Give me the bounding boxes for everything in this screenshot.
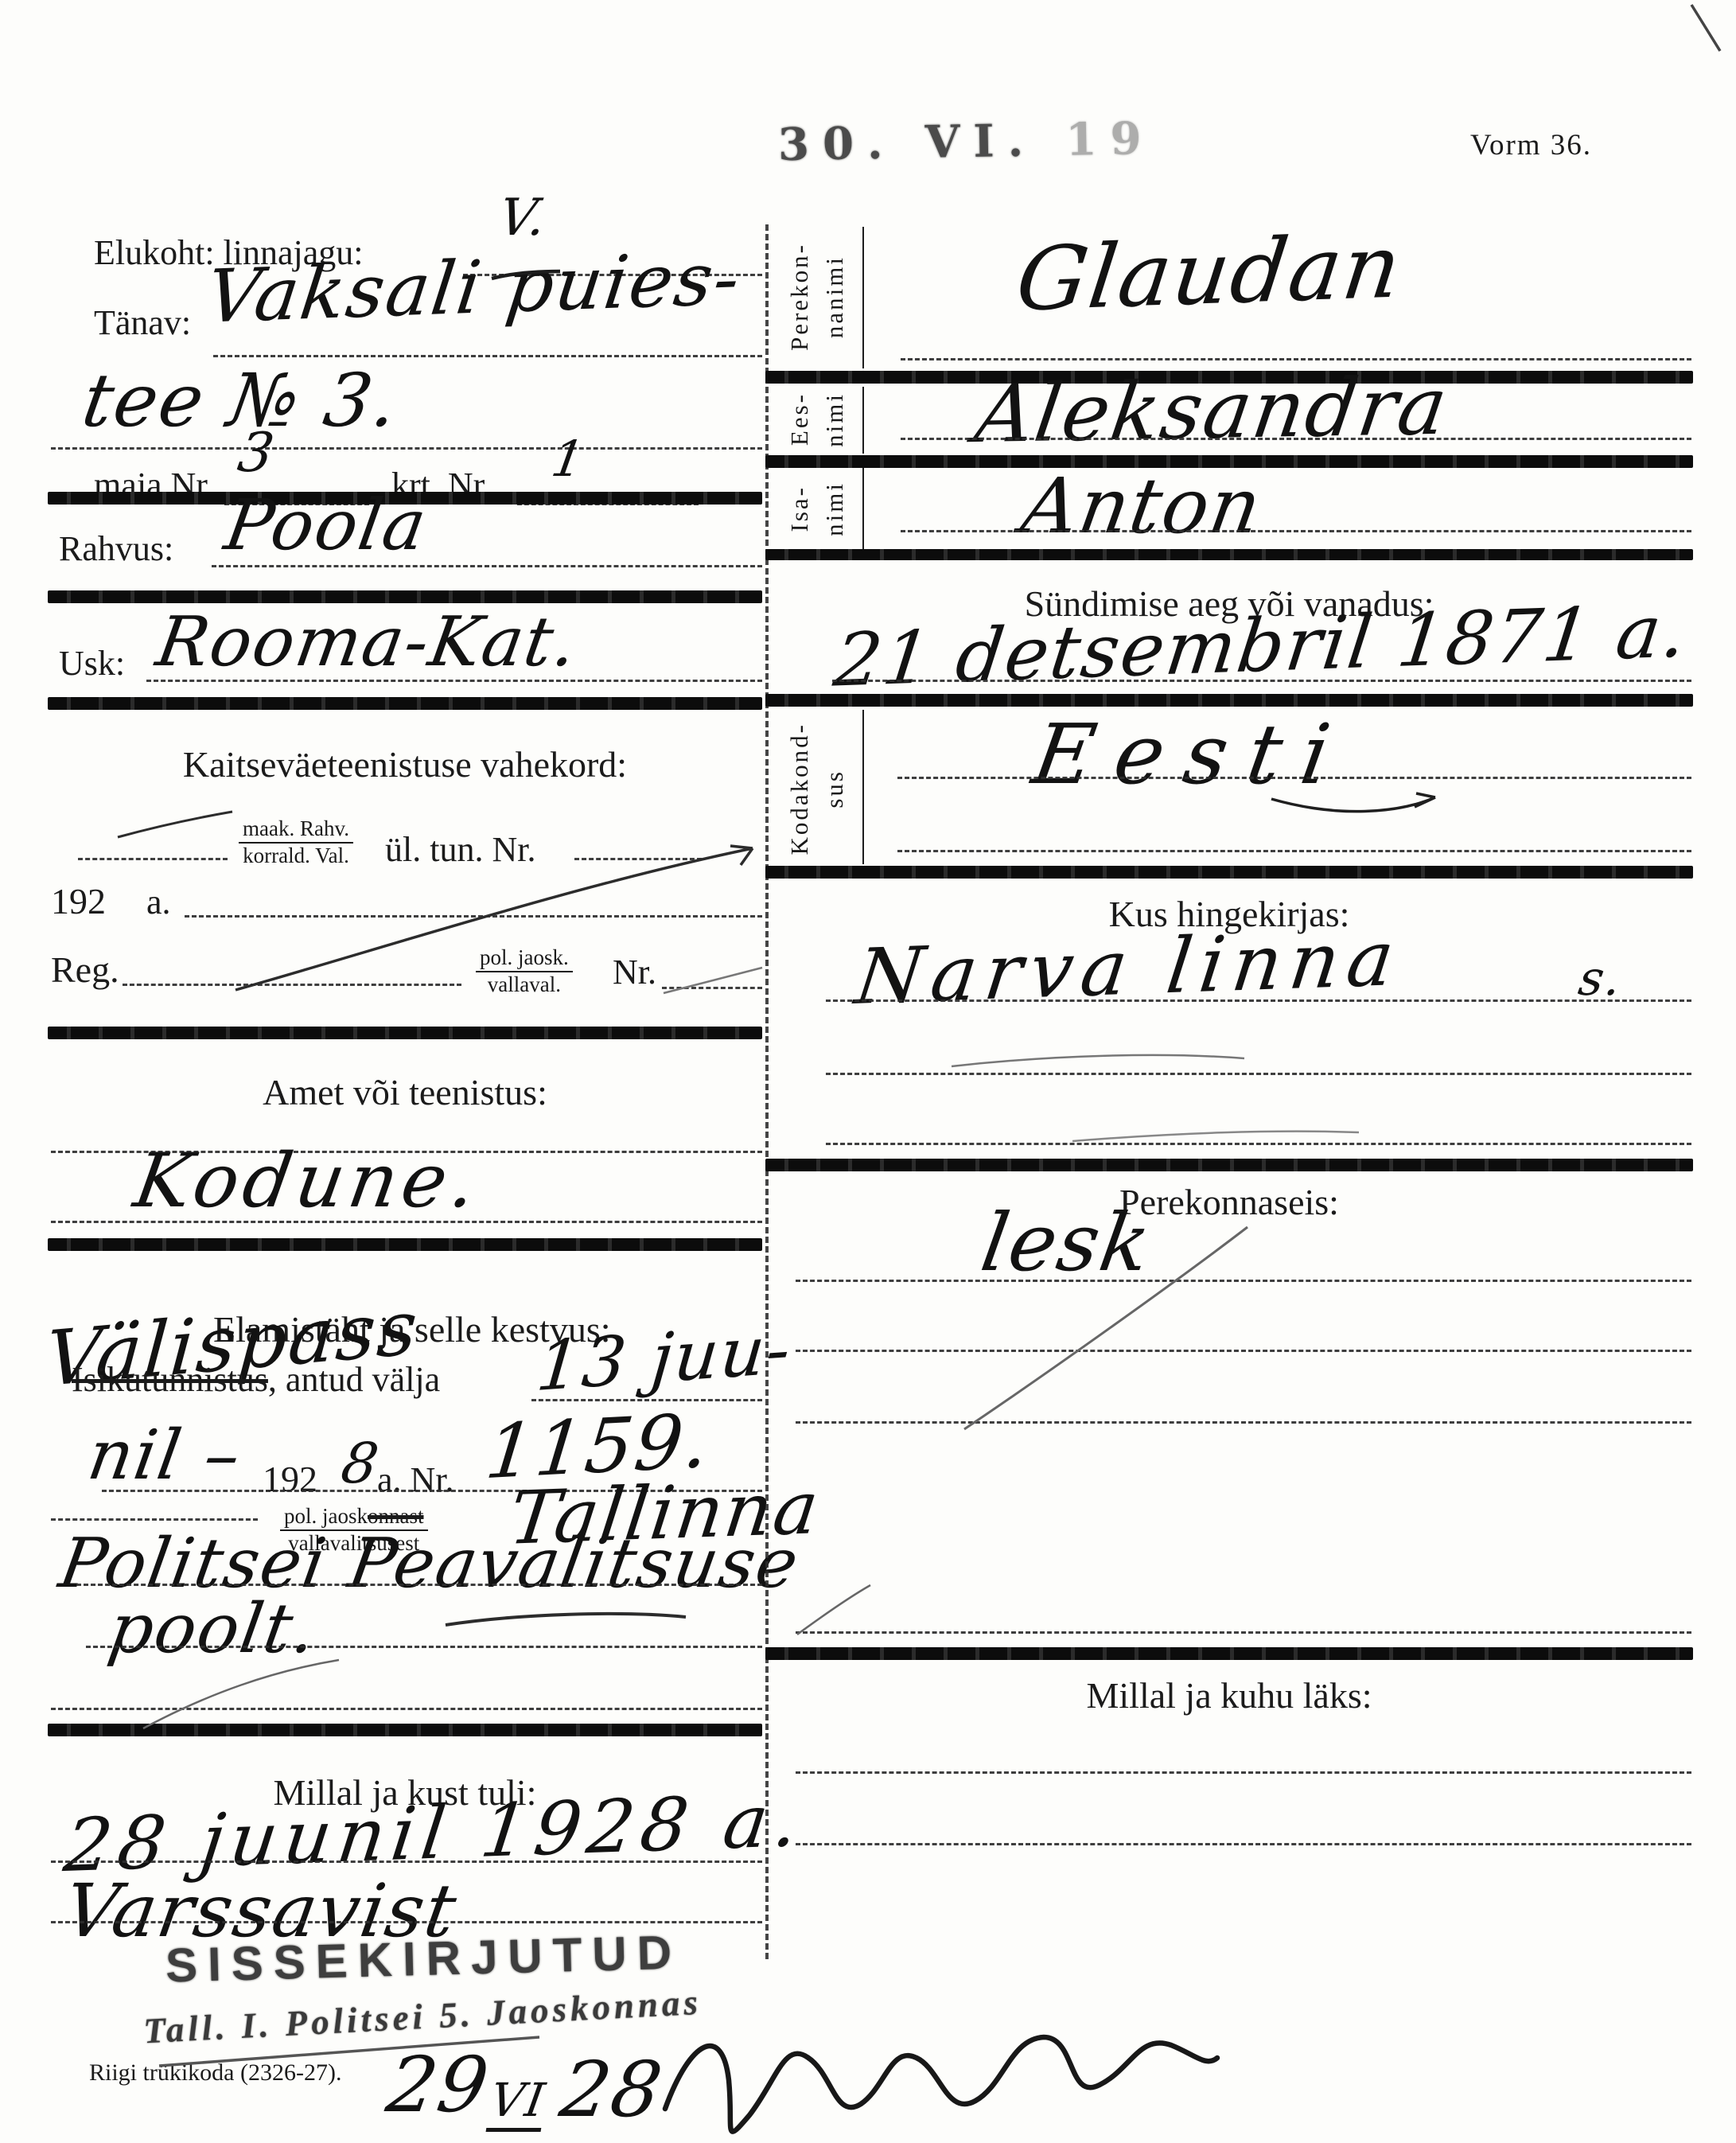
dotted-line <box>796 1631 1691 1634</box>
street-value-line2: tee № 3. <box>78 364 404 438</box>
pencil-slash <box>664 968 762 993</box>
parish-value-suffix: s. <box>1575 955 1625 1003</box>
section-divider-bar <box>765 866 1693 879</box>
section-divider-bar <box>48 697 762 710</box>
father-name-label-line1: Isa- <box>785 485 814 532</box>
permit-date-part1: 13 juu- <box>534 1315 795 1401</box>
departure-heading: Millal ja kuhu läks: <box>765 1677 1693 1714</box>
section-divider-bar <box>765 1647 1693 1660</box>
dotted-line <box>51 1518 258 1521</box>
nr-label: Nr. <box>613 955 656 990</box>
dotted-line <box>185 915 762 918</box>
section-divider-bar <box>765 694 1693 707</box>
pencil-curve <box>143 1660 339 1728</box>
surname-value: Glaudan <box>1012 223 1407 324</box>
citizenship-label: Kodakond-sus <box>776 715 858 863</box>
fraction-top: pol. jaosk. <box>476 945 573 972</box>
section-divider-bar <box>48 1724 762 1736</box>
dotted-line <box>51 1861 762 1863</box>
house-value: 3 <box>235 427 279 481</box>
citizenship-label-line2: sus <box>820 770 849 808</box>
dotted-line <box>123 984 461 986</box>
permit-struck-label: Isikutunnistus <box>72 1360 268 1399</box>
street-label: Tänav: <box>94 306 191 341</box>
section-divider-bar <box>48 1238 762 1251</box>
apartment-value: 1 <box>548 434 589 484</box>
dotted-line <box>832 680 1691 682</box>
father-name-label: Isa-nimi <box>776 471 858 546</box>
dotted-line <box>213 355 762 357</box>
dotted-line <box>51 1708 762 1710</box>
permit-date-part2: nil – <box>84 1421 246 1490</box>
section-divider-bar <box>765 1159 1693 1171</box>
military-fraction2: pol. jaosk.vallaval. <box>476 945 573 998</box>
military-fraction1: maak. Rahv.korrald. Val. <box>239 816 353 869</box>
dotted-line <box>146 680 762 682</box>
dotted-line <box>76 1584 762 1586</box>
marital-heading: Perekonnaseis: <box>765 1184 1693 1221</box>
issuer-line2: Politsei Peavalitsuse <box>55 1529 804 1598</box>
dotted-line <box>826 1143 1691 1145</box>
fraction-top: maak. Rahv. <box>239 816 353 844</box>
first-name-label: Ees-nimi <box>776 388 858 450</box>
permit-label-rest: , antud välja <box>268 1360 440 1399</box>
pencil-diagonal <box>797 1585 870 1635</box>
year-prefix: 192 <box>51 883 106 920</box>
date-stamp-main: 30. VI. <box>777 114 1037 171</box>
dotted-line <box>78 858 228 860</box>
fraction-bottom: vallaval. <box>476 972 573 998</box>
date-stamp-faded: 19 <box>1065 112 1155 166</box>
clerk-note-month: VI <box>486 2077 550 2132</box>
registration-form-scan: 30. VI. 19 Vorm 36. Elukoht: linnajagu: … <box>0 0 1736 2143</box>
military-service-heading: Kaitseväeteenistuse vahekord: <box>48 746 762 783</box>
permit-year-printed: 192 <box>263 1461 317 1498</box>
dotted-line <box>901 530 1691 532</box>
clerk-signature <box>665 2037 1217 2132</box>
surname-label: Perekon-nanimi <box>776 232 858 361</box>
father-name-label-line2: nimi <box>820 481 849 536</box>
dotted-line <box>901 358 1691 360</box>
pencil-dash <box>1072 1132 1359 1141</box>
nationality-label: Rahvus: <box>59 532 173 567</box>
occupation-heading: Amet või teenistus: <box>48 1074 762 1111</box>
dotted-line <box>51 1921 762 1923</box>
section-divider-bar <box>48 590 762 603</box>
dotted-line <box>897 850 1691 852</box>
printer-note: Riigi trükikoda (2326-27). <box>89 2061 341 2085</box>
dotted-line <box>796 1350 1691 1352</box>
reg-label: Reg. <box>51 952 119 988</box>
dotted-line <box>796 1843 1691 1845</box>
dotted-line <box>826 999 1691 1002</box>
certificate-label: ül. tun. Nr. <box>385 832 535 867</box>
dotted-line <box>51 1221 762 1223</box>
dotted-line <box>796 1421 1691 1424</box>
pencil-dash <box>952 1055 1244 1066</box>
marital-value: lesk <box>976 1203 1157 1283</box>
dotted-line <box>574 858 702 860</box>
issuer-line3: poolt. <box>104 1595 322 1663</box>
surname-label-line2: nanimi <box>820 255 849 338</box>
label-cell-border <box>862 227 864 368</box>
form-reference: Vorm 36. <box>1470 131 1592 160</box>
dotted-line <box>662 987 762 989</box>
first-name-value: Aleksandra <box>971 367 1453 454</box>
dotted-line <box>796 1280 1691 1282</box>
fraction-bottom: korrald. Val. <box>239 844 353 869</box>
street-value-line1: Vaksali puies- <box>203 242 745 333</box>
dotted-line <box>897 777 1691 779</box>
label-cell-border <box>862 710 864 864</box>
religion-value: Rooma-Kat. <box>152 608 582 676</box>
label-cell-border <box>862 468 864 549</box>
occupation-value: Kodune. <box>130 1144 486 1219</box>
dotted-line <box>796 1771 1691 1774</box>
dotted-line <box>51 447 762 450</box>
citizenship-value: Eesti <box>1028 713 1356 796</box>
residence-value: V. <box>496 193 551 244</box>
permit-label: Isikutunnistus, antud välja <box>72 1362 440 1397</box>
date-stamp: 30. VI. 19 <box>778 116 1155 167</box>
citizenship-label-line1: Kodakond- <box>785 723 814 855</box>
father-name-value: Anton <box>1017 468 1267 544</box>
section-divider-bar <box>765 549 1693 560</box>
first-name-label-line2: nimi <box>820 392 849 447</box>
ink-dash-stroke <box>446 1614 686 1625</box>
religion-label: Usk: <box>59 646 125 681</box>
dotted-line <box>212 565 762 567</box>
clerk-note-year: 28 <box>555 2051 668 2128</box>
scan-corner-mark <box>1691 5 1720 51</box>
dotted-line <box>901 438 1691 440</box>
nationality-value: Poola <box>220 490 432 560</box>
first-name-label-line1: Ees- <box>785 392 814 446</box>
section-divider-bar <box>48 1027 762 1039</box>
permit-year-label: a. Nr. <box>377 1463 454 1498</box>
year-suffix: a. <box>146 885 171 920</box>
surname-label-line1: Perekon- <box>785 243 814 351</box>
ink-dash-stroke <box>118 812 232 837</box>
registration-stamp-line1: SISSEKIRJUTUD <box>165 1929 682 1990</box>
label-cell-border <box>862 387 864 454</box>
clerk-note-day: 29 <box>382 2047 494 2123</box>
dotted-line <box>826 1073 1691 1075</box>
dotted-line <box>86 1646 762 1648</box>
